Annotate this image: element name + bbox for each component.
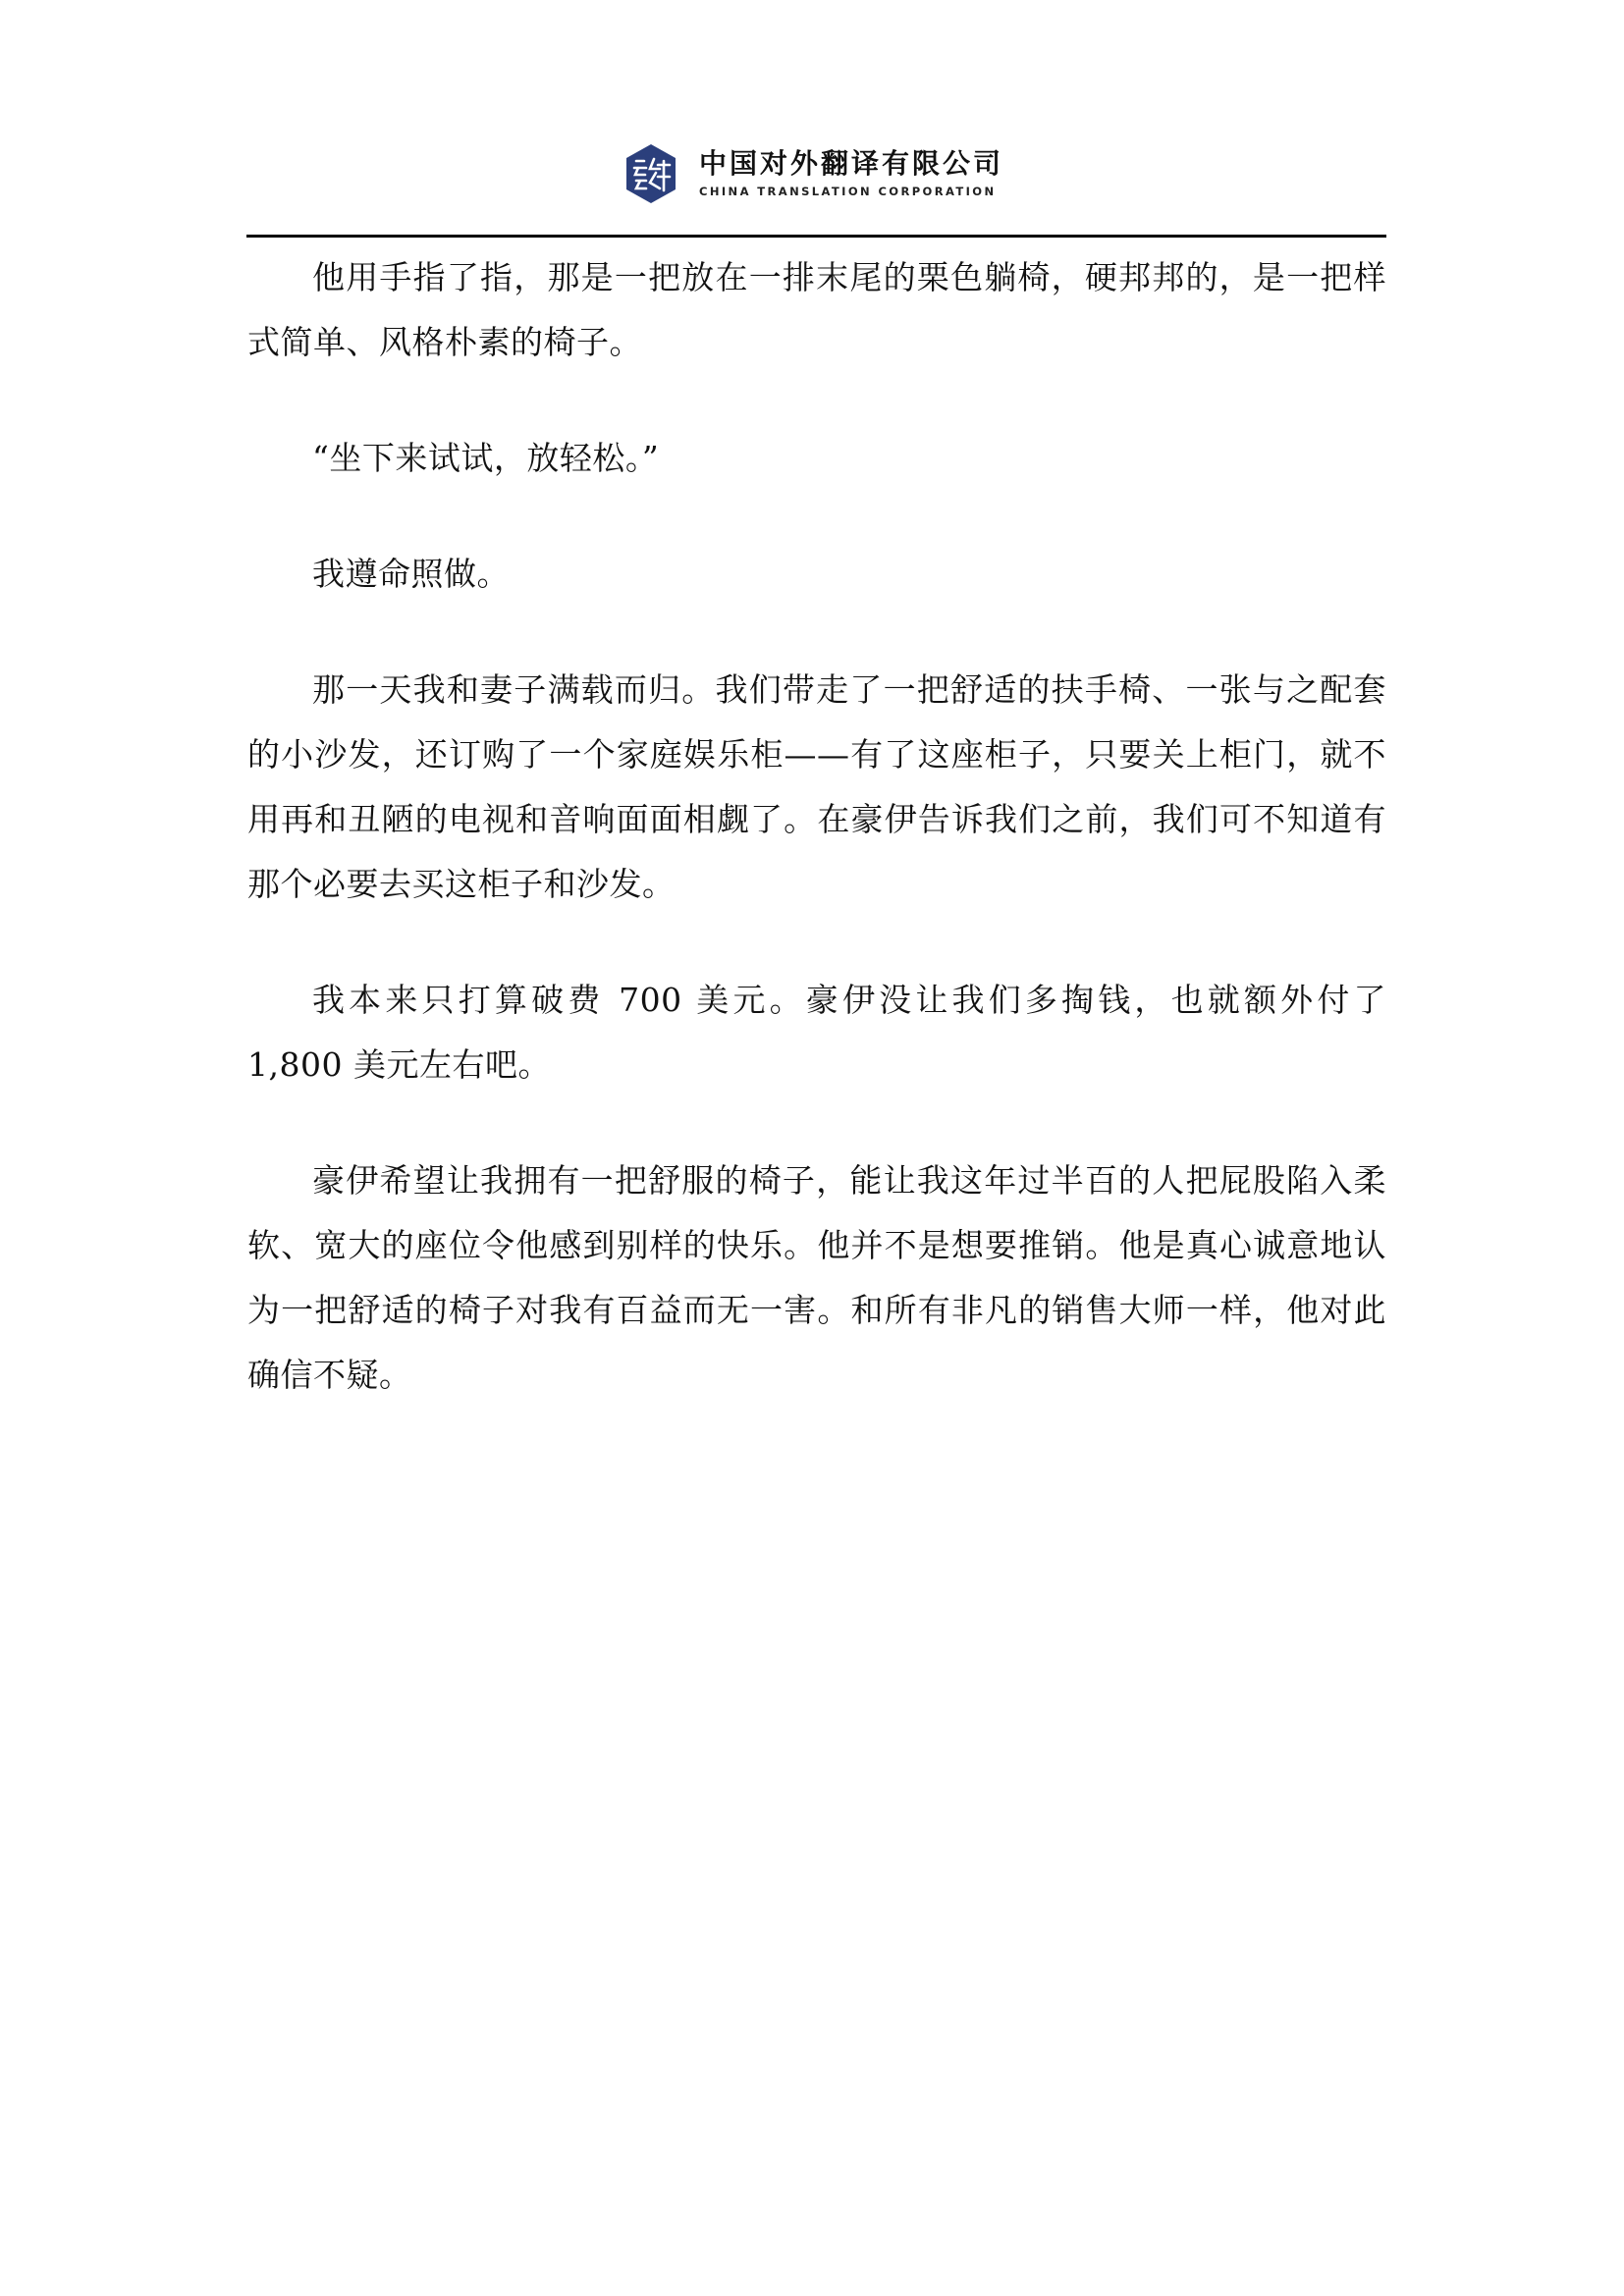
paragraph-2: “坐下来试试，放轻松。”	[247, 426, 1386, 491]
company-name-cn: 中国对外翻译有限公司	[699, 148, 1003, 180]
paragraph-4: 那一天我和妻子满载而归。我们带走了一把舒适的扶手椅、一张与之配套的小沙发，还订购…	[247, 658, 1386, 917]
paragraph-5: 我本来只打算破费 700 美元。豪伊没让我们多掏钱，也就额外付了 1,800 美…	[247, 968, 1386, 1097]
paragraph-3: 我遵命照做。	[247, 542, 1386, 607]
paragraph-6: 豪伊希望让我拥有一把舒服的椅子，能让我这年过半百的人把屁股陷入柔软、宽大的座位令…	[247, 1148, 1386, 1408]
company-logo: 中国对外翻译有限公司 CHINA TRANSLATION CORPORATION	[624, 143, 1003, 204]
company-name-en: CHINA TRANSLATION CORPORATION	[699, 184, 1003, 199]
paragraph-1: 他用手指了指，那是一把放在一排末尾的栗色躺椅，硬邦邦的，是一把样式简单、风格朴素…	[247, 245, 1386, 375]
header-divider	[246, 235, 1386, 238]
cntc-hexagon-logo-icon	[624, 143, 677, 204]
page-header: 中国对外翻译有限公司 CHINA TRANSLATION CORPORATION	[0, 0, 1624, 236]
document-body: 他用手指了指，那是一把放在一排末尾的栗色躺椅，硬邦邦的，是一把样式简单、风格朴素…	[247, 245, 1386, 1408]
